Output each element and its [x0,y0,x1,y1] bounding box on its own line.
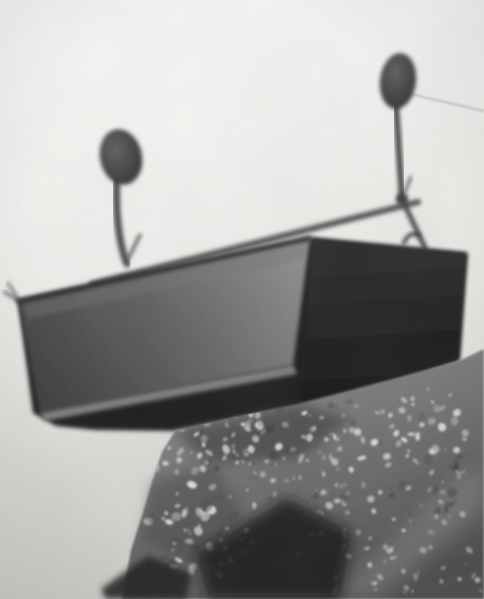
photo-frame [0,0,484,599]
vignette [0,0,484,599]
photograph [0,0,484,599]
